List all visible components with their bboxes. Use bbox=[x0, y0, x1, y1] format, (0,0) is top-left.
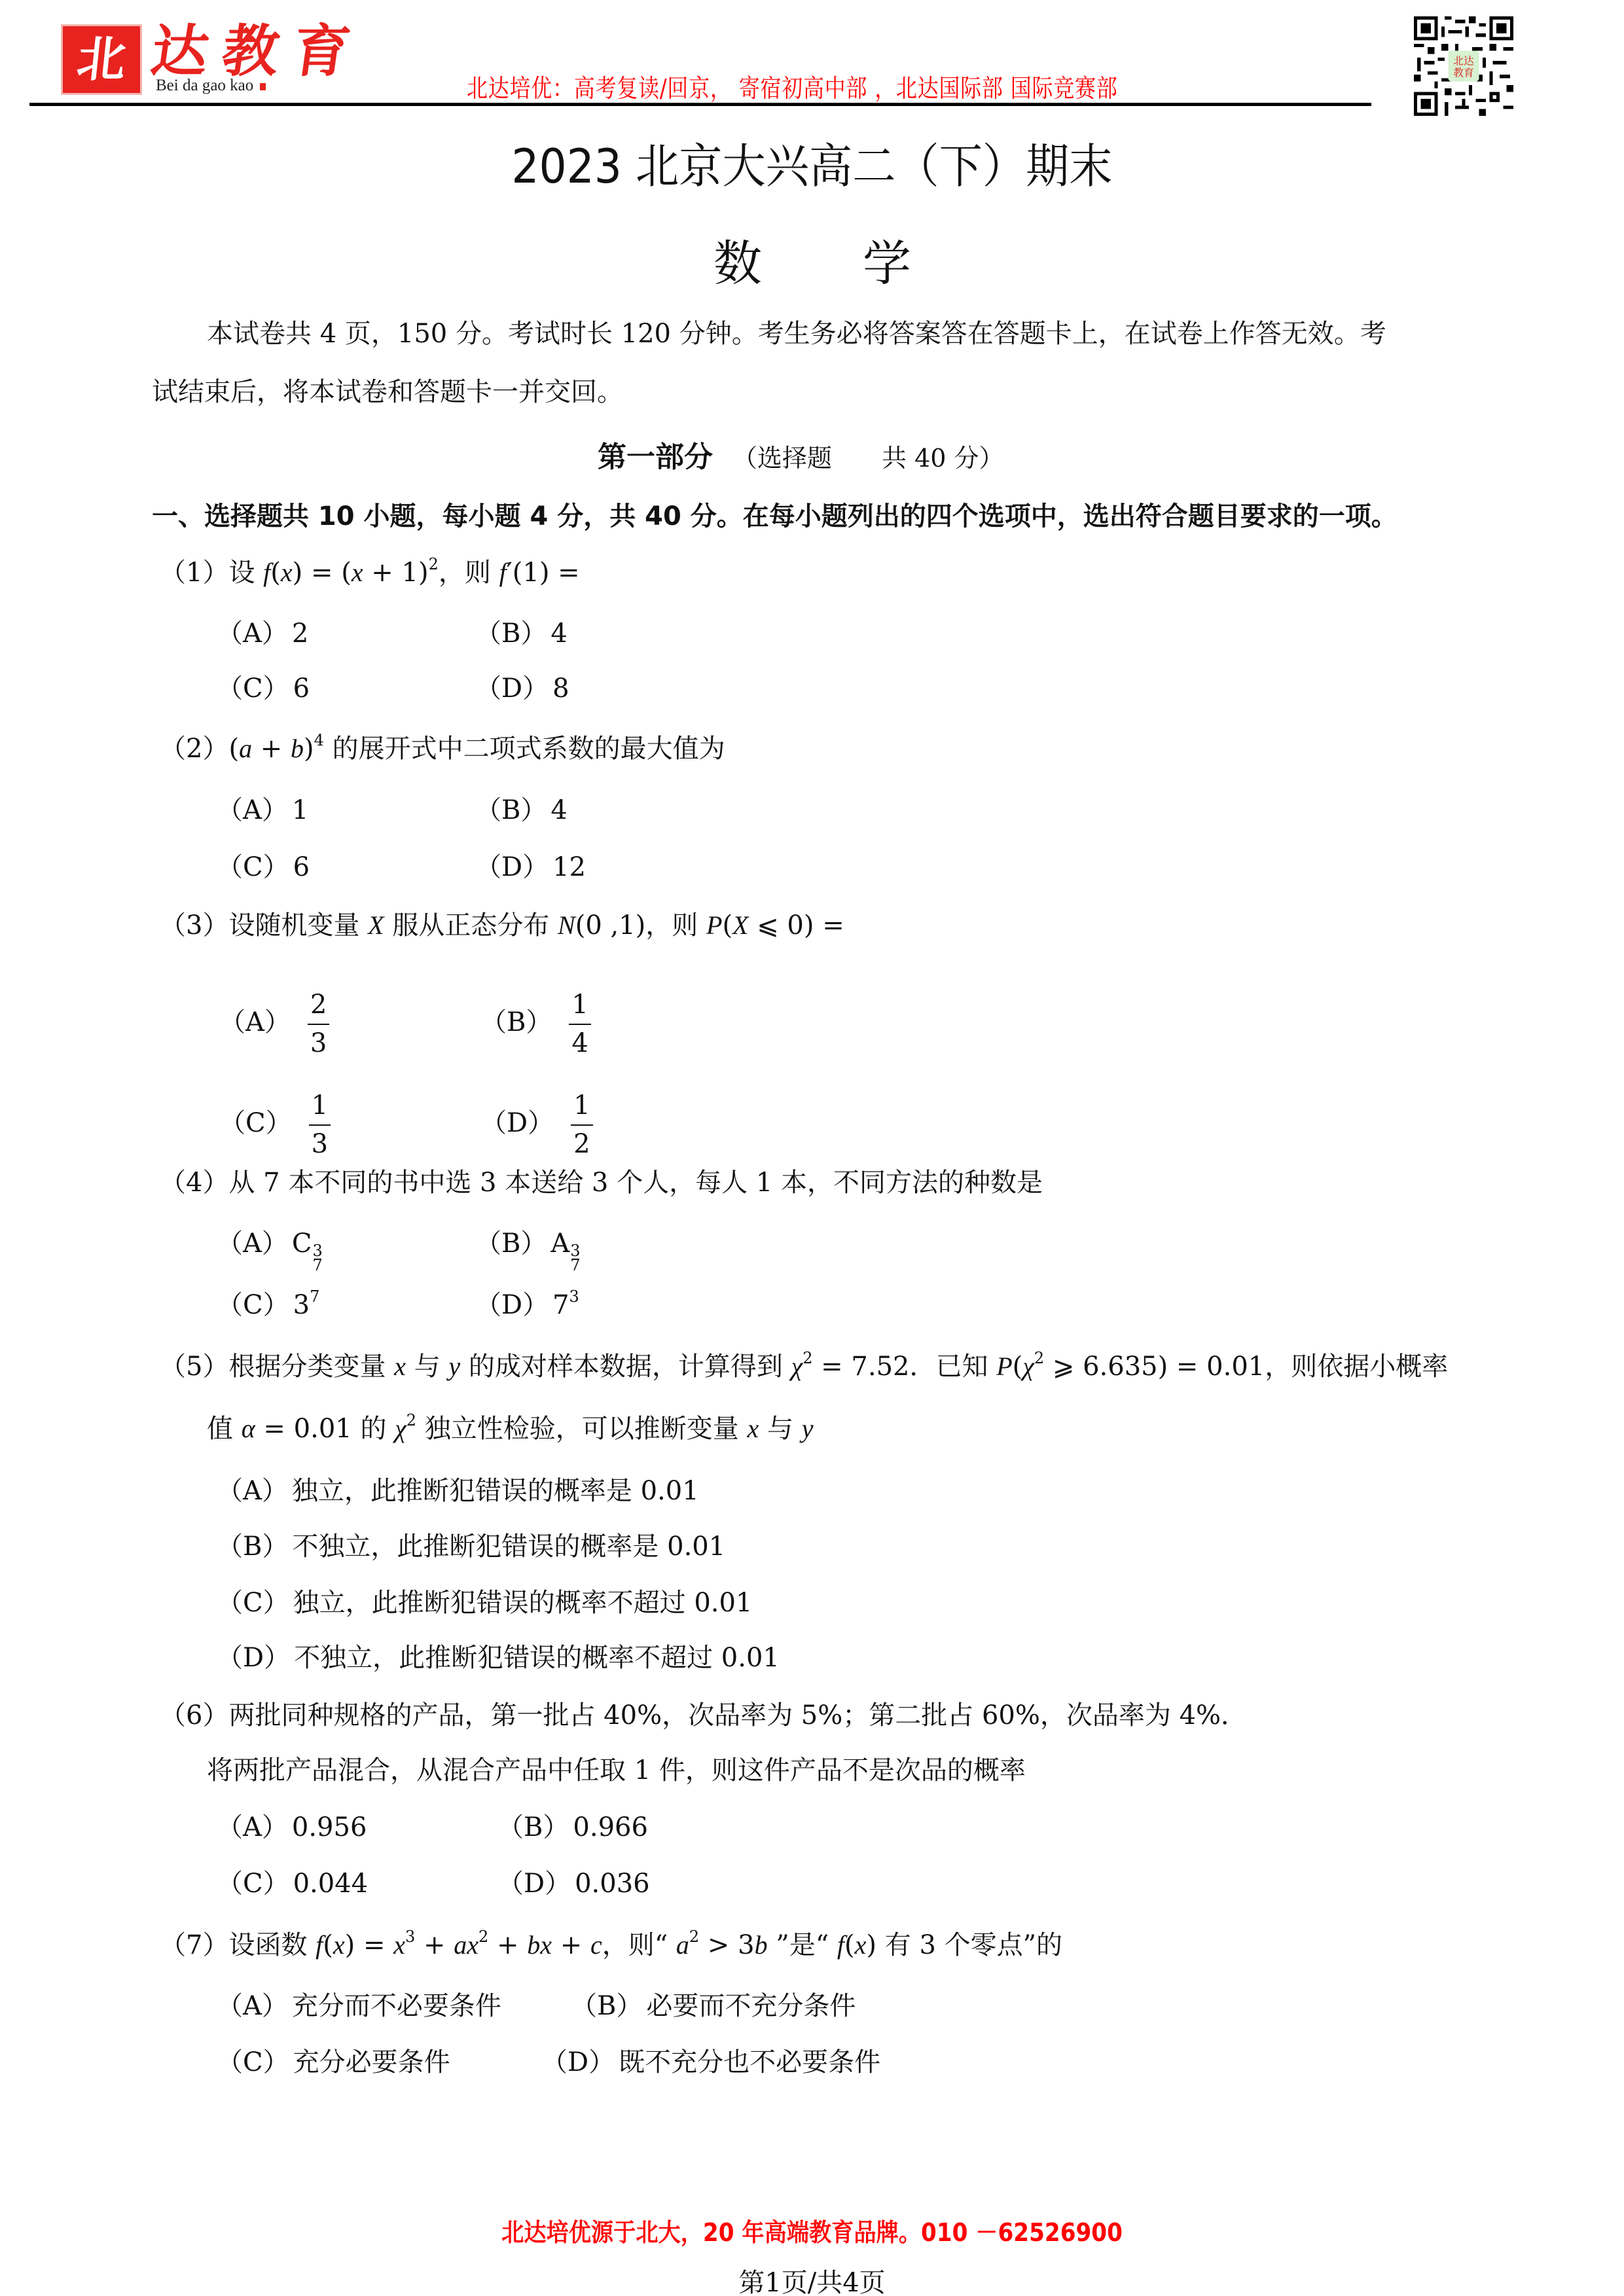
question-6-stem: （6）两批同种规格的产品，第一批占 40%，次品率为 5%；第二批占 60%，次… bbox=[160, 1702, 1247, 1729]
section-note: （选择题 共 40 分） bbox=[732, 444, 1004, 473]
question-6-stem-cont: 将两批产品混合，从混合产品中任取 1 件，则这件产品不是次品的概率 bbox=[207, 1757, 1026, 1784]
label: （4） bbox=[160, 1168, 228, 1198]
label: （D） bbox=[480, 1108, 554, 1138]
logo-mark: 北 bbox=[61, 24, 142, 95]
section-title: 第一部分 bbox=[598, 440, 713, 474]
label: （B） bbox=[475, 619, 547, 649]
label: （C） bbox=[217, 1588, 289, 1618]
label: （B） bbox=[497, 1812, 569, 1842]
question-3-option-c: （C）13 bbox=[219, 1091, 331, 1159]
fraction: 13 bbox=[309, 1091, 331, 1159]
header-slogan: 北达培优：高考复读/回京， 寄宿初高中部 ，北达国际部 国际竞赛部 bbox=[467, 68, 1118, 104]
question-3-option-b: （B）14 bbox=[480, 990, 591, 1058]
question-1-option-d: （D）8 bbox=[475, 675, 569, 702]
label: （2） bbox=[160, 734, 228, 764]
question-5-stem-cont: 值 α = 0.01 的 χ2 独立性检验，可以推断变量 x 与 y bbox=[207, 1416, 813, 1442]
label: （D） bbox=[217, 1643, 290, 1673]
svg-text:教育: 教育 bbox=[1453, 67, 1473, 79]
question-2-option-c: （C）6 bbox=[217, 854, 310, 880]
question-2-option-a: （A）1 bbox=[217, 797, 308, 823]
question-6-option-c: （C）0.044 bbox=[217, 1871, 368, 1897]
logo-subtitle: Bei da gao kao bbox=[156, 77, 266, 95]
subject-title: 数学 bbox=[713, 225, 1012, 295]
question-5-stem: （5）根据分类变量 x 与 y 的成对样本数据，计算得到 χ2 = 7.52．已… bbox=[160, 1354, 1448, 1380]
question-5-option-b: （B）不独立，此推断犯错误的概率是 0.01 bbox=[217, 1534, 725, 1560]
question-3-option-a: （A）23 bbox=[219, 990, 329, 1058]
label: （A） bbox=[217, 1812, 288, 1842]
question-7-stem: （7）设函数 f(x) = x3 + ax2 + bx + c，则“ a2 > … bbox=[160, 1932, 1062, 1958]
label: （6） bbox=[160, 1700, 228, 1731]
question-7-option-b: （B）必要而不充分条件 bbox=[571, 1993, 856, 2019]
question-2-stem: （2）(a + b)4 的展开式中二项式系数的最大值为 bbox=[160, 736, 725, 762]
question-4-option-b: （B）A37 bbox=[475, 1230, 581, 1272]
label: （C） bbox=[217, 852, 289, 882]
header-divider bbox=[29, 103, 1371, 106]
section-header: 第一部分（选择题 共 40 分） bbox=[598, 433, 1004, 475]
intro-line-2: 试结束后，将本试卷和答题卡一并交回。 bbox=[152, 379, 623, 405]
question-2-option-b: （B）4 bbox=[475, 797, 568, 823]
question-7-option-a: （A）充分而不必要条件 bbox=[217, 1993, 501, 2019]
label: （1） bbox=[160, 558, 228, 588]
label: （C） bbox=[217, 2047, 289, 2077]
label: （A） bbox=[217, 1229, 288, 1259]
question-3-option-d: （D）12 bbox=[480, 1091, 593, 1159]
exam-title: 2023 北京大兴高二（下）期末 bbox=[65, 128, 1559, 196]
fraction: 12 bbox=[571, 1091, 592, 1159]
instruction: 一、选择题共 10 小题，每小题 4 分，共 40 分。在每小题列出的四个选项中… bbox=[152, 495, 1398, 533]
question-7-option-d: （D）既不充分也不必要条件 bbox=[541, 2049, 880, 2075]
label: （B） bbox=[217, 1532, 288, 1562]
label: （A） bbox=[217, 795, 288, 825]
question-1-option-a: （A）2 bbox=[217, 620, 308, 647]
logo-text: 达教育 bbox=[148, 24, 368, 80]
label: （5） bbox=[160, 1352, 228, 1382]
label: （D） bbox=[475, 1290, 549, 1320]
page-number: 第1页/共4页 bbox=[0, 2262, 1624, 2296]
label: （C） bbox=[219, 1108, 292, 1138]
label: （A） bbox=[217, 1476, 288, 1506]
question-3-stem: （3）设随机变量 X 服从正态分布 N(0 ,1)，则 P(X ⩽ 0) = bbox=[160, 912, 844, 939]
label: （7） bbox=[160, 1930, 228, 1960]
question-2-option-d: （D）12 bbox=[475, 854, 586, 880]
fraction: 14 bbox=[569, 990, 590, 1058]
question-4-option-c: （C）37 bbox=[217, 1292, 319, 1318]
question-1-option-b: （B）4 bbox=[475, 620, 568, 647]
label: （B） bbox=[571, 1991, 642, 2021]
question-4-option-d: （D）73 bbox=[475, 1292, 579, 1318]
footer-slogan: 北达培优源于北大，20 年高端教育品牌。010 －62526900 bbox=[81, 2212, 1543, 2248]
fraction: 23 bbox=[308, 990, 329, 1058]
label: （C） bbox=[217, 1290, 289, 1320]
question-7-option-c: （C）充分必要条件 bbox=[217, 2049, 450, 2075]
question-6-option-b: （B）0.966 bbox=[497, 1814, 648, 1840]
label: （C） bbox=[217, 1869, 289, 1899]
label: （D） bbox=[541, 2047, 615, 2077]
label: （B） bbox=[475, 1229, 547, 1259]
label: （A） bbox=[217, 1991, 288, 2021]
question-1-stem: （1）设 f(x) = (x + 1)2，则 f′(1) = bbox=[160, 560, 580, 586]
question-4-option-a: （A）C37 bbox=[217, 1230, 323, 1272]
question-6-option-a: （A）0.956 bbox=[217, 1814, 367, 1840]
label: （D） bbox=[475, 673, 549, 704]
logo-subtitle-text: Bei da gao kao bbox=[156, 77, 253, 94]
logo-char: 北 bbox=[75, 35, 128, 84]
question-5-option-d: （D）不独立，此推断犯错误的概率不超过 0.01 bbox=[217, 1645, 780, 1671]
label: （D） bbox=[475, 852, 549, 882]
question-5-option-a: （A）独立，此推断犯错误的概率是 0.01 bbox=[217, 1478, 699, 1504]
question-4-stem: （4）从 7 本不同的书中选 3 本送给 3 个人，每人 1 本，不同方法的种数… bbox=[160, 1170, 1043, 1196]
label: （A） bbox=[217, 619, 288, 649]
question-6-option-d: （D）0.036 bbox=[497, 1871, 650, 1897]
label: （B） bbox=[480, 1007, 552, 1037]
label: （D） bbox=[497, 1869, 571, 1899]
intro-line-1: 本试卷共 4 页，150 分。考试时长 120 分钟。考生务必将答案答在答题卡上… bbox=[207, 321, 1386, 347]
question-1-option-c: （C）6 bbox=[217, 675, 310, 702]
qr-code-icon: 北达 教育 bbox=[1411, 16, 1517, 116]
label: （3） bbox=[160, 910, 228, 941]
question-5-option-c: （C）独立，此推断犯错误的概率不超过 0.01 bbox=[217, 1590, 752, 1616]
label: （A） bbox=[219, 1007, 291, 1037]
label: （C） bbox=[217, 673, 289, 704]
svg-text:北达: 北达 bbox=[1453, 54, 1474, 67]
red-square-icon bbox=[260, 83, 266, 90]
label: （B） bbox=[475, 795, 547, 825]
